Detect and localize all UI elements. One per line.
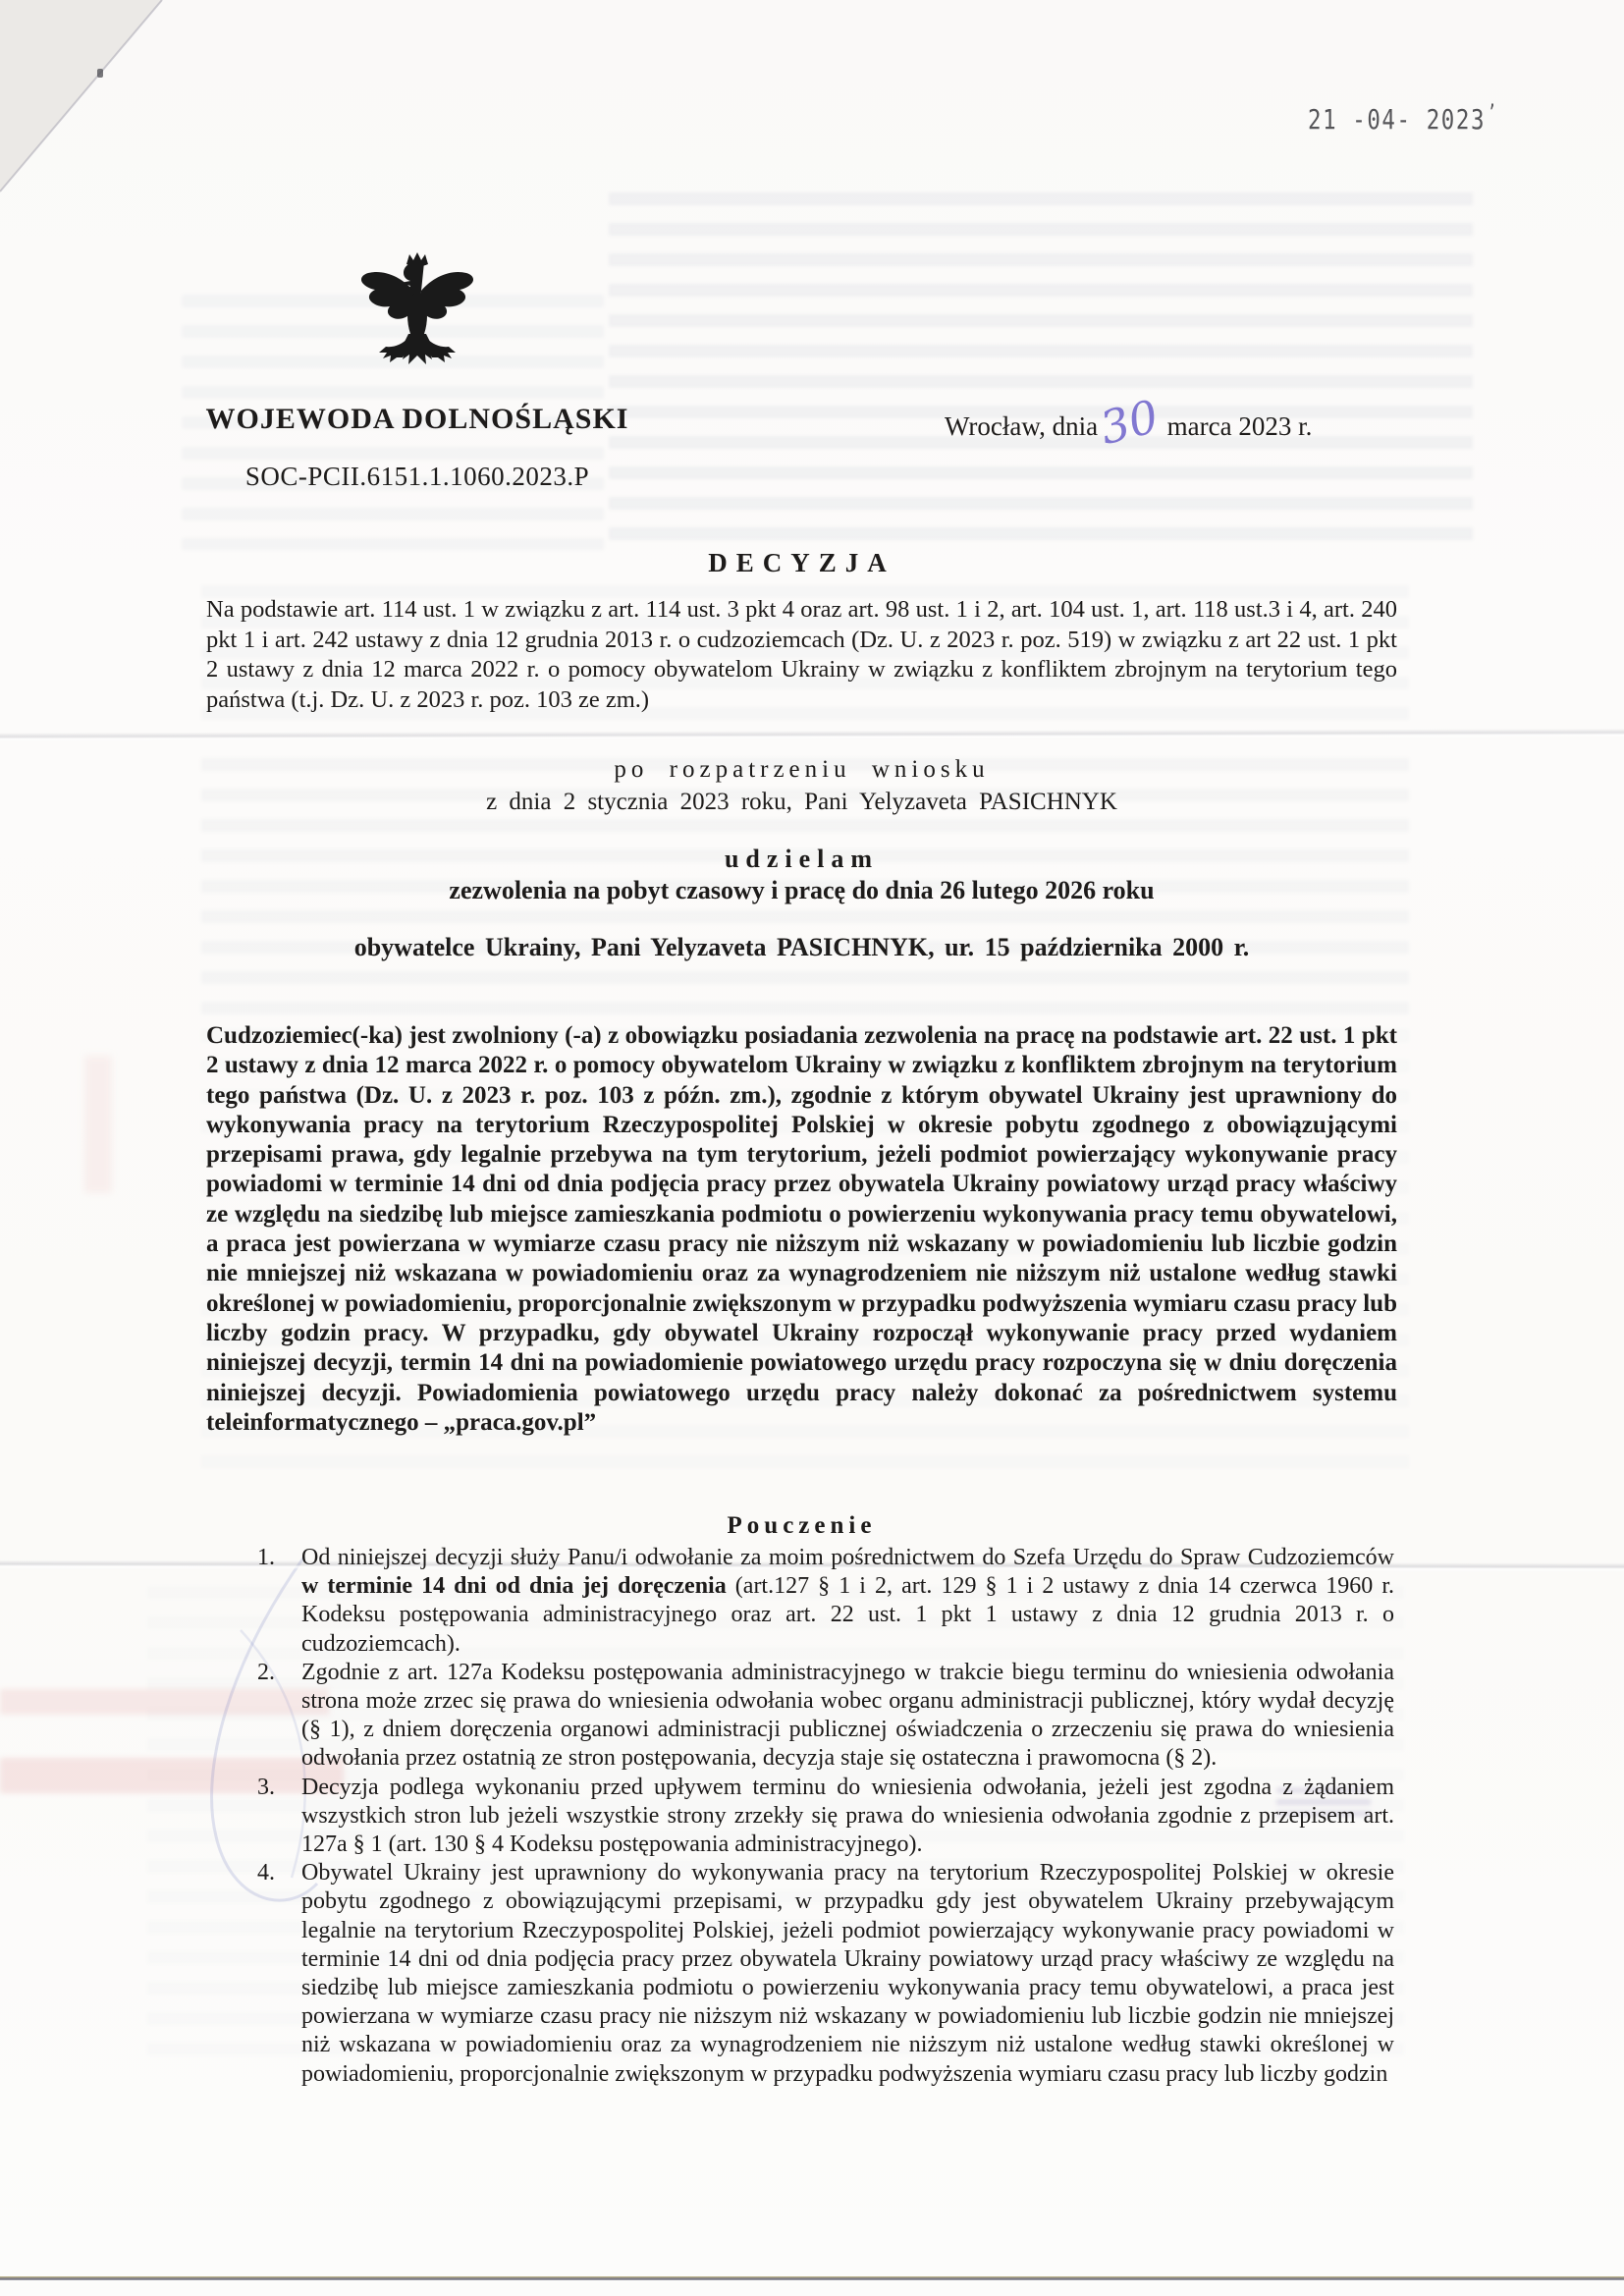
legal-basis-paragraph: Na podstawie art. 114 ust. 1 w związku z… [206,595,1397,715]
bleed-through-artifact [609,192,1473,554]
notice-item-text: Od niniejszej decyzji służy Panu/i odwoł… [301,1544,1394,1659]
coat-of-arms-eagle-icon [357,251,477,383]
notice-item-number: 2. [257,1659,301,1687]
notice-item-number: 3. [257,1774,301,1802]
notice-item-number: 1. [257,1544,301,1572]
place-and-date-line: Wrocław, dnia30marca 2023 r. [945,397,1312,442]
dateline-prefix: Wrocław, dnia [945,411,1098,441]
notice-heading: Pouczenie [206,1512,1397,1540]
notice-item-text: Zgodnie z art. 127a Kodeksu postępowania… [301,1659,1394,1774]
notice-item-text: Obywatel Ukrainy jest uprawniony do wyko… [301,1859,1394,2089]
case-reference-number: SOC-PCII.6151.1.1060.2023.P [187,462,648,492]
decision-title: DECYZJA [206,548,1397,578]
notice-item: 4.Obywatel Ukrainy jest uprawniony do wy… [257,1859,1394,2089]
stamp-tick-mark: ’ [1488,100,1498,124]
letterhead: WOJEWODA DOLNOŚLĄSKI SOC-PCII.6151.1.106… [187,251,648,492]
date-received-stamp-text: 21 -04- 2023 [1308,103,1486,136]
notice-item-number: 4. [257,1859,301,1887]
application-date-line: z dnia 2 stycznia 2023 roku, Pani Yelyza… [206,789,1397,816]
scan-edge-line [0,2276,1624,2280]
stamp-bleed-artifact [84,1056,112,1193]
notice-item-text: Decyzja podlega wykonaniu przed upływem … [301,1774,1394,1860]
beneficiary-line: obywatelce Ukrainy, Pani Yelyzaveta PASI… [206,933,1397,962]
notice-item: 2.Zgodnie z art. 127a Kodeksu postępowan… [257,1659,1394,1774]
handwritten-day: 30 [1096,394,1163,452]
notice-item: 3.Decyzja podlega wykonaniu przed upływe… [257,1774,1394,1860]
notice-item: 1.Od niniejszej decyzji służy Panu/i odw… [257,1544,1394,1659]
grant-scope-line: zezwolenia na pobyt czasowy i pracę do d… [206,876,1397,905]
folded-corner-artifact [0,0,177,206]
fold-line-artifact [0,729,1624,741]
work-permit-exemption-paragraph: Cudzoziemiec(-ka) jest zwolniony (-a) z … [206,1021,1397,1438]
notice-list: 1.Od niniejszej decyzji służy Panu/i odw… [257,1544,1394,2089]
scanned-decision-page: 21 -04- 2023’ WOJEWODA DOLNOŚLĄSKI SOC-P… [0,0,1624,2296]
consideration-line: po rozpatrzeniu wniosku [206,756,1397,784]
date-received-stamp: 21 -04- 2023’ [1308,100,1498,136]
scan-speck-artifact [97,69,103,78]
dateline-suffix: marca 2023 r. [1167,411,1313,441]
grant-verb: udzielam [206,845,1397,874]
issuing-authority: WOJEWODA DOLNOŚLĄSKI [187,403,648,436]
